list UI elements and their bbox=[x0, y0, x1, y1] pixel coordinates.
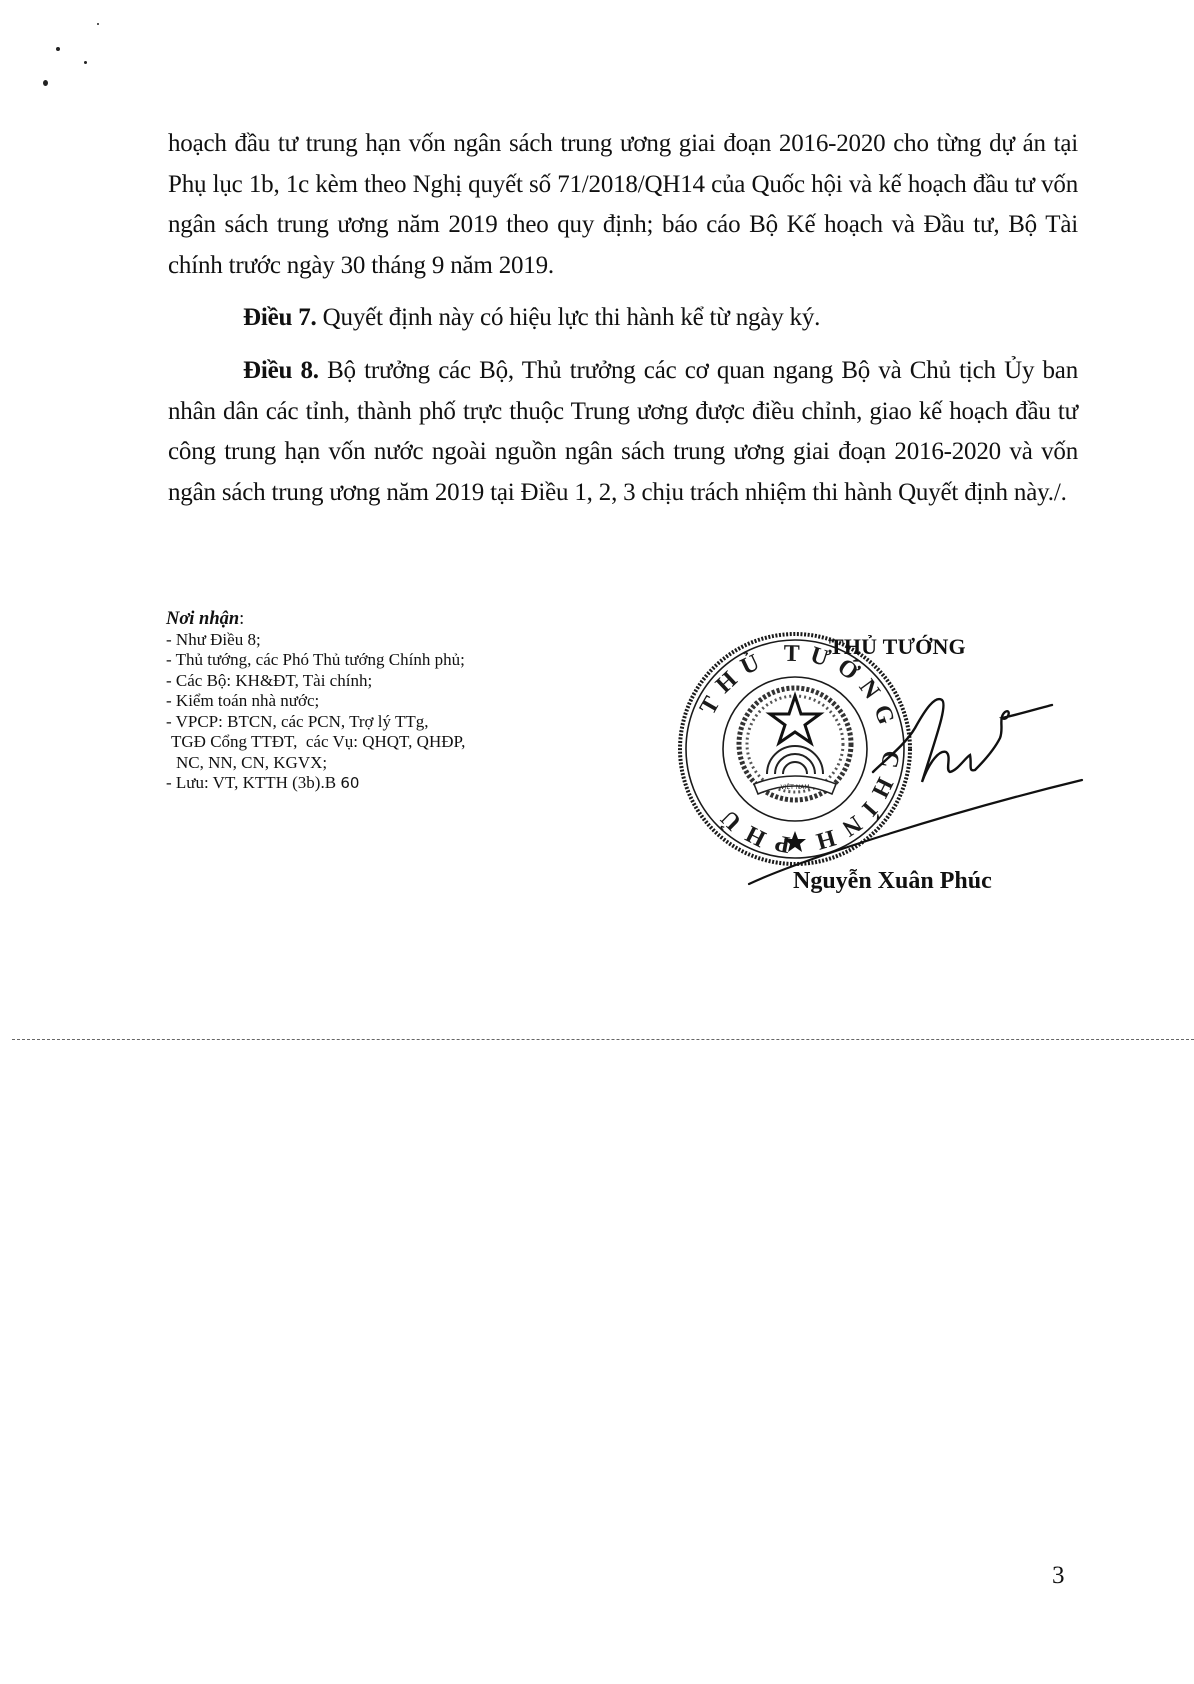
article-8: Điều 8. Bộ trưởng các Bộ, Thủ trưởng các… bbox=[168, 351, 1078, 513]
handwritten-count: 60 bbox=[340, 774, 359, 792]
recipient-item: NC, NN, CN, KGVX; bbox=[166, 753, 465, 774]
state-emblem-icon: VIỆT NAM bbox=[739, 688, 851, 800]
scan-speck bbox=[97, 23, 99, 25]
recipient-item: - Như Điều 8; bbox=[166, 630, 465, 651]
page-number: 3 bbox=[1052, 1562, 1065, 1590]
scan-speck bbox=[56, 47, 60, 51]
signer-title: THỦ TƯỚNG bbox=[829, 634, 966, 660]
official-stamp: THỦ TƯỚNG CHÍNH PHỦ VIỆT NAM bbox=[672, 626, 918, 872]
signer-name: Nguyễn Xuân Phúc bbox=[793, 868, 992, 895]
recipients-block: Nơi nhận: - Như Điều 8; - Thủ tướng, các… bbox=[166, 609, 465, 794]
paragraph-text: hoạch đầu tư trung hạn vốn ngân sách tru… bbox=[168, 124, 1078, 286]
stamp-emblem-text: VIỆT NAM bbox=[780, 783, 809, 791]
recipient-item: - Các Bộ: KH&ĐT, Tài chính; bbox=[166, 671, 465, 692]
recipient-item: - Kiểm toán nhà nước; bbox=[166, 691, 465, 712]
article-text: Quyết định này có hiệu lực thi hành kể t… bbox=[317, 304, 821, 331]
recipients-heading: Nơi nhận: bbox=[166, 609, 465, 630]
recipient-item: - Lưu: VT, KTTH (3b).B 60 bbox=[166, 773, 465, 794]
star-icon bbox=[770, 696, 820, 743]
recipient-item: - VPCP: BTCN, các PCN, Trợ lý TTg, bbox=[166, 712, 465, 733]
scan-speck bbox=[43, 80, 48, 86]
article-label: Điều 8. bbox=[243, 357, 319, 384]
continuation-paragraph: hoạch đầu tư trung hạn vốn ngân sách tru… bbox=[168, 124, 1078, 286]
page-divider bbox=[12, 1039, 1194, 1040]
article-label: Điều 7. bbox=[243, 304, 317, 331]
scan-speck bbox=[84, 61, 87, 64]
recipient-item: TGĐ Cổng TTĐT, các Vụ: QHQT, QHĐP, bbox=[166, 732, 465, 753]
recipient-item: - Thủ tướng, các Phó Thủ tướng Chính phủ… bbox=[166, 650, 465, 671]
article-7: Điều 7. Quyết định này có hiệu lực thi h… bbox=[168, 298, 1078, 339]
